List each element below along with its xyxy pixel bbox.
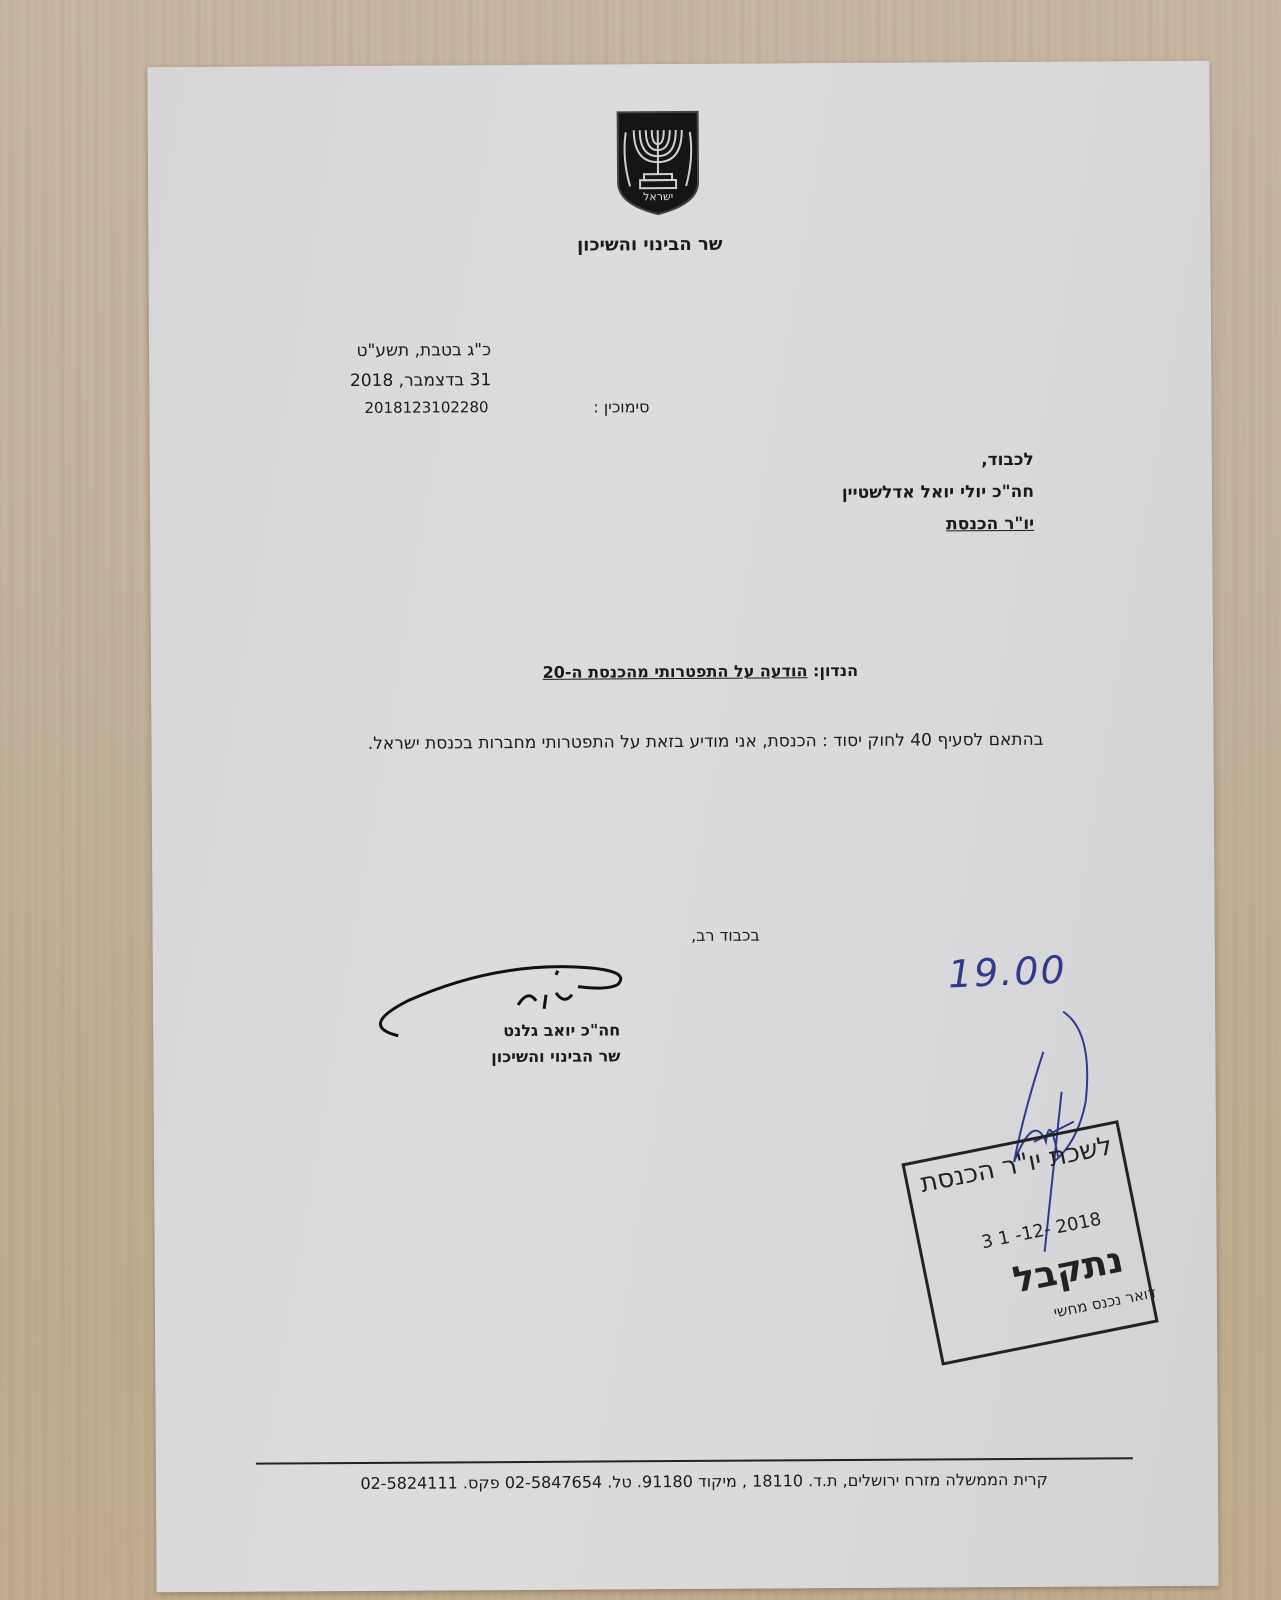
reference-label: סימוכין : <box>593 397 649 416</box>
handwritten-time-note: 19.00 <box>947 948 1068 997</box>
subject-text: הודעה על התפטרותי מהכנסת ה-20 <box>543 661 808 682</box>
subject-label: הנדון: <box>813 661 858 680</box>
hebrew-date: כ"ג בטבת, תשע"ט <box>356 340 491 361</box>
signatory-title: שר הבינוי והשיכון <box>491 1046 620 1066</box>
stamp-office: לשכת יו"ר הכנסת <box>918 1131 1115 1199</box>
svg-text:ישראל: ישראל <box>643 190 673 203</box>
footer-address: קרית הממשלה מזרח ירושלים, ת.ד. 18110 , מ… <box>360 1470 1048 1493</box>
recipient-title: יו"ר הכנסת <box>946 514 1034 535</box>
signatory-name: חה"כ יואב גלנט <box>503 1020 620 1040</box>
gregorian-date: 31 בדצמבר, 2018 <box>350 370 491 391</box>
reference-number: 2018123102280 <box>364 398 488 417</box>
received-stamp: לשכת יו"ר הכנסת 3 1 -12- 2018 נתקבל דואר… <box>901 1120 1158 1365</box>
footer-divider <box>256 1457 1133 1464</box>
closing: בכבוד רב, <box>691 926 760 945</box>
letter-body: בהתאם לסעיף 40 לחוק יסוד : הכנסת, אני מו… <box>356 724 1043 761</box>
letter-page: ישראל שר הבינוי והשיכון כ"ג בטבת, תשע"ט … <box>147 61 1218 1592</box>
ministry-title: שר הבינוי והשיכון <box>577 234 722 256</box>
recipient-greeting: לכבוד, <box>981 450 1034 470</box>
recipient-name: חה"כ יולי יואל אדלשטיין <box>842 482 1034 503</box>
subject-line: הנדון: הודעה על התפטרותי מהכנסת ה-20 <box>543 661 859 682</box>
state-of-israel-emblem-icon: ישראל <box>614 108 703 217</box>
